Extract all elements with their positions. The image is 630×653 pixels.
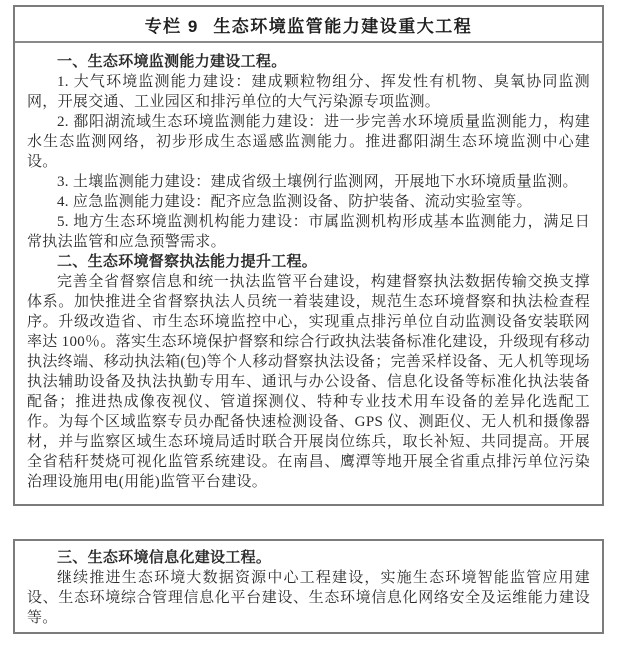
para-local-monitoring-agencies: 5. 地方生态环境监测机构能力建设：市属监测机构形成基本监测能力，满足日常执法监… — [27, 212, 590, 252]
section-heading-monitoring: 一、生态环境监测能力建设工程。 — [27, 52, 590, 72]
para-soil-monitoring: 3. 土壤监测能力建设：建成省级土壤例行监测网，开展地下水环境质量监测。 — [27, 172, 590, 192]
para-informatization: 继续推进生态环境大数据资源中心工程建设，实施生态环境智能监管应用建设、生态环境综… — [27, 568, 590, 628]
column-box-2: 三、生态环境信息化建设工程。 继续推进生态环境大数据资源中心工程建设，实施生态环… — [13, 539, 604, 634]
column-title: 生态环境监管能力建设重大工程 — [213, 12, 472, 37]
para-emergency-monitoring: 4. 应急监测能力建设：配齐应急监测设备、防护装备、流动实验室等。 — [27, 192, 590, 212]
column-box-1-body: 一、生态环境监测能力建设工程。 1. 大气环境监测能力建设：建成颗粒物组分、挥发… — [15, 43, 602, 506]
section-heading-enforcement: 二、生态环境督察执法能力提升工程。 — [27, 252, 590, 272]
column-box-1-header: 专栏 9 生态环境监管能力建设重大工程 — [15, 7, 602, 43]
para-enforcement-capacity: 完善全省督察信息和统一执法监管平台建设，构建督察执法数据传输交换支撑体系。加快推… — [27, 272, 590, 492]
column-box-1: 专栏 9 生态环境监管能力建设重大工程 一、生态环境监测能力建设工程。 1. 大… — [13, 5, 604, 506]
document-page: 专栏 9 生态环境监管能力建设重大工程 一、生态环境监测能力建设工程。 1. 大… — [0, 0, 630, 653]
column-label: 专栏 9 — [145, 12, 199, 37]
para-air-monitoring: 1. 大气环境监测能力建设：建成颗粒物组分、挥发性有机物、臭氧协同监测网，开展交… — [27, 72, 590, 112]
para-poyang-lake-monitoring: 2. 鄱阳湖流域生态环境监测能力建设：进一步完善水环境质量监测能力，构建水生态监… — [27, 112, 590, 172]
section-heading-informatization: 三、生态环境信息化建设工程。 — [27, 548, 590, 568]
column-box-2-body: 三、生态环境信息化建设工程。 继续推进生态环境大数据资源中心工程建设，实施生态环… — [15, 541, 602, 632]
